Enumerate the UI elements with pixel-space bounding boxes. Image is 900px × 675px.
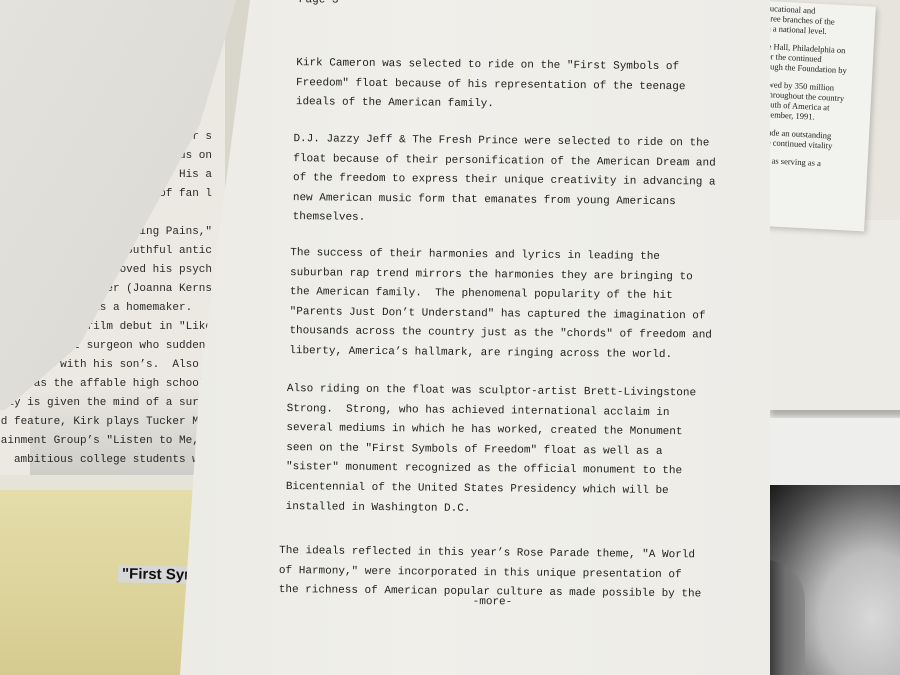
paragraph: Also riding on the float was sculptor-ar… [286,380,697,521]
background-sheet [770,220,900,410]
brochure-paragraph: al educational andall three branches of … [752,2,875,38]
background-sheet [760,418,900,488]
poster-caption: "First Sym [118,565,194,583]
paragraph: Kirk Cameron was selected to ride on the… [296,54,686,117]
paragraph: The ideals reflected in this year’s Rose… [279,542,702,605]
paragraph: D.J. Jazzy Jeff & The Fresh Prince were … [293,130,716,232]
shadow [30,380,220,475]
paragraph: The success of their harmonies and lyric… [289,244,713,366]
page-number: Page 3 [299,0,339,7]
